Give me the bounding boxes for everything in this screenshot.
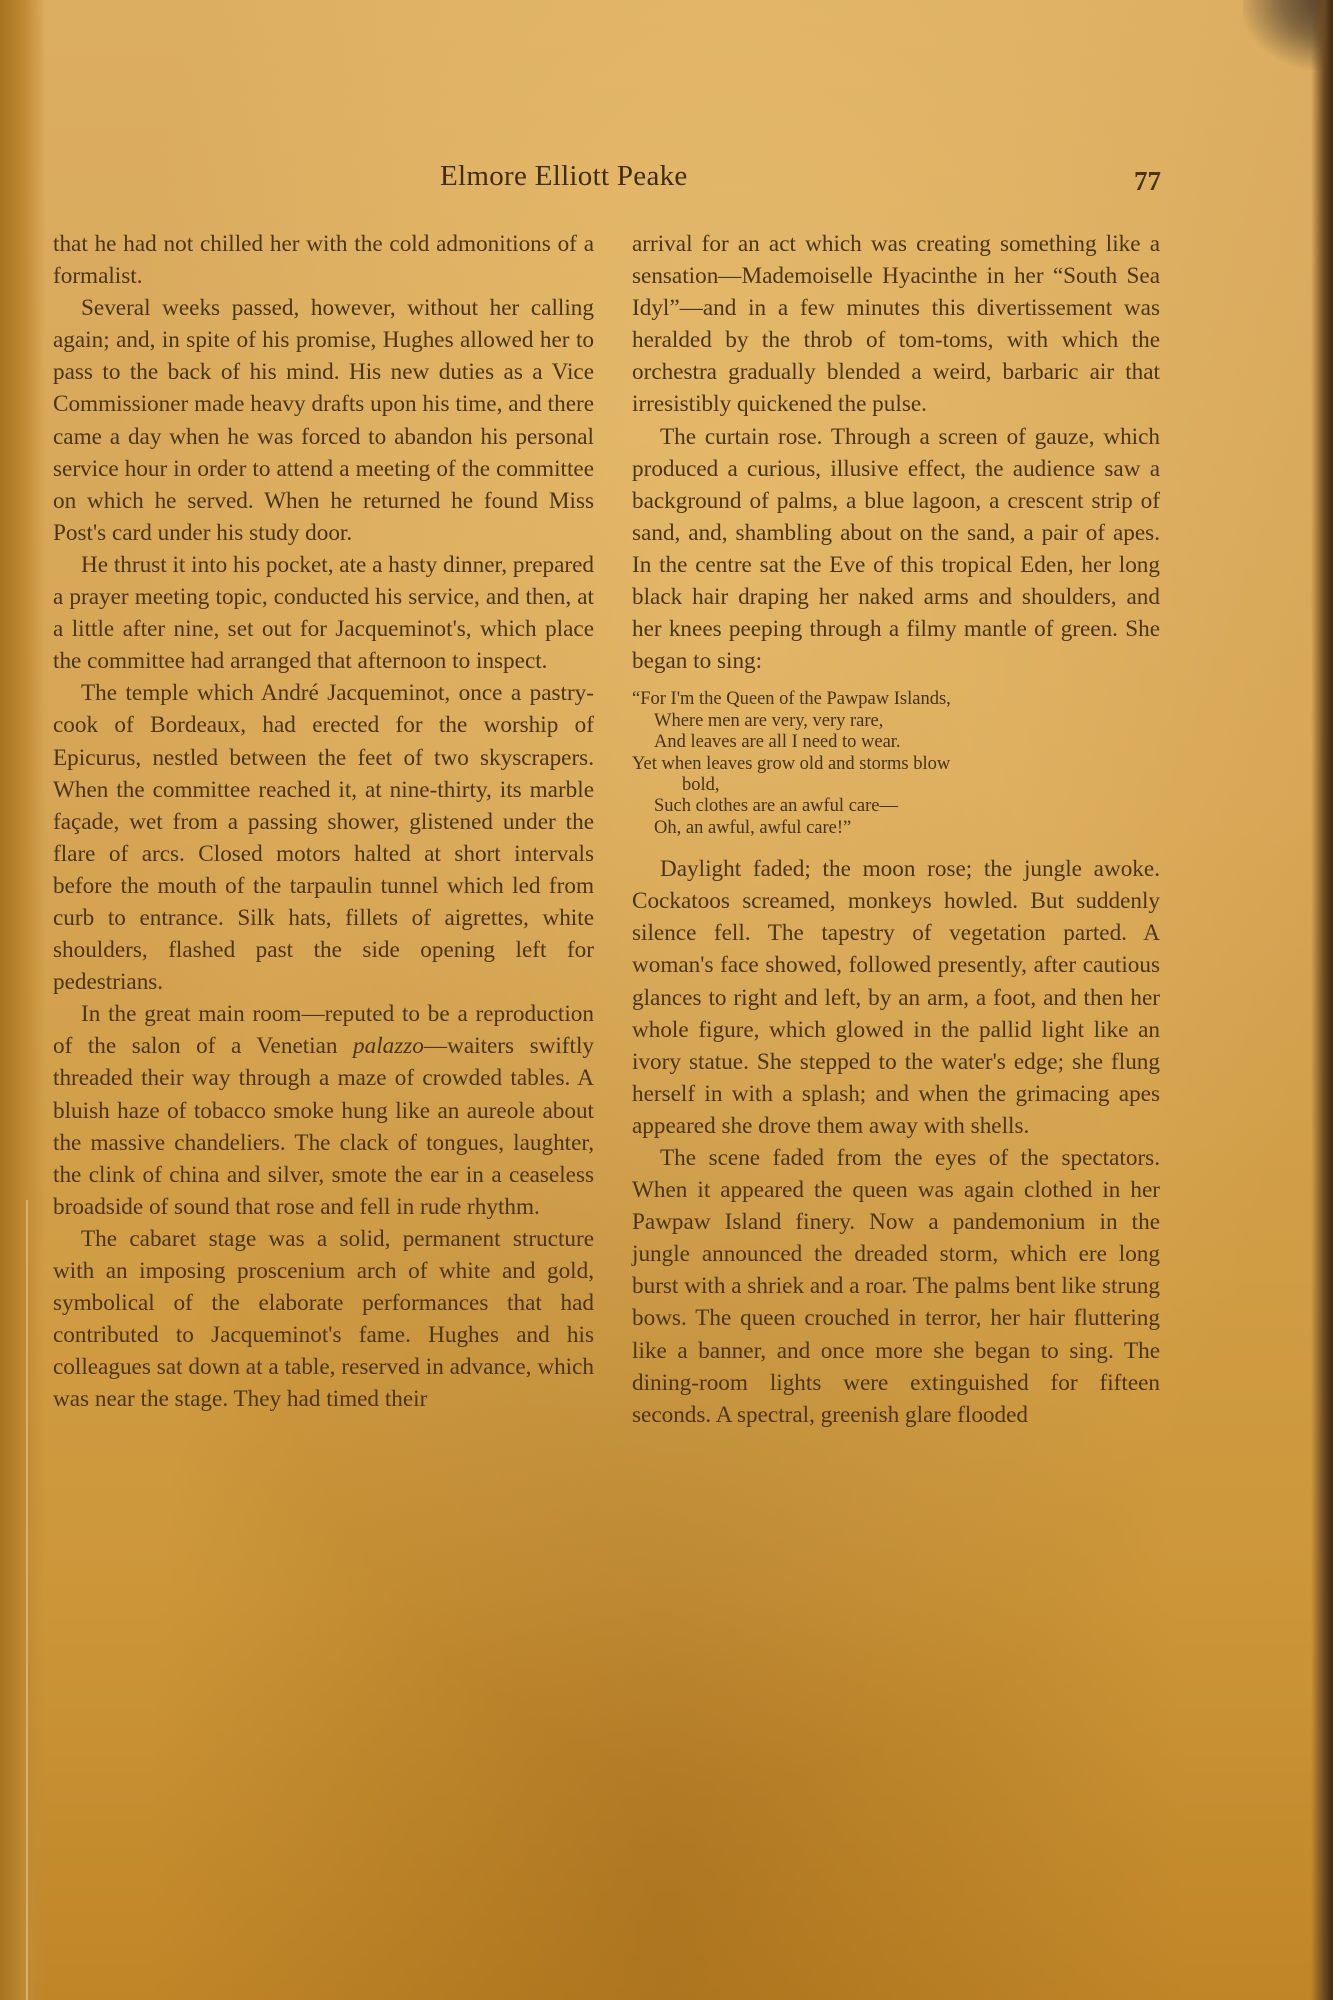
- page-corner-shadow: [1243, 0, 1333, 70]
- right-column: arrival for an act which was creating so…: [632, 228, 1160, 1431]
- book-page: Elmore Elliott Peake 77 that he had not …: [0, 0, 1333, 2000]
- paragraph: Daylight faded; the moon rose; the jungl…: [632, 853, 1160, 1142]
- verse-line: Yet when leaves grow old and storms blow: [632, 754, 1160, 775]
- paragraph-text: —waiters swiftly threaded their way thro…: [53, 1033, 594, 1219]
- paragraph: Several weeks passed, however, without h…: [53, 292, 594, 549]
- verse-line: Oh, an awful, awful care!”: [632, 818, 1160, 839]
- paragraph: He thrust it into his pocket, ate a hast…: [53, 549, 594, 677]
- page-number: 77: [1134, 166, 1161, 197]
- paragraph: arrival for an act which was creating so…: [632, 228, 1160, 421]
- left-column: that he had not chilled her with the col…: [53, 228, 594, 1415]
- verse-line: bold,: [632, 775, 1160, 796]
- paragraph: In the great main room—reputed to be a r…: [53, 998, 594, 1223]
- verse-line: Such clothes are an awful care—: [632, 796, 1160, 817]
- spine-edge: [26, 1200, 28, 2000]
- running-head: Elmore Elliott Peake: [440, 160, 840, 193]
- italic-word: palazzo: [353, 1033, 424, 1059]
- paragraph: that he had not chilled her with the col…: [53, 228, 594, 292]
- verse-line: Where men are very, very rare,: [632, 711, 1160, 732]
- verse-line: And leaves are all I need to wear.: [632, 732, 1160, 753]
- paragraph: The scene faded from the eyes of the spe…: [632, 1142, 1160, 1431]
- paragraph: The curtain rose. Through a screen of ga…: [632, 421, 1160, 678]
- song-verse: “For I'm the Queen of the Pawpaw Islands…: [632, 689, 1160, 839]
- paragraph: The temple which André Jacqueminot, once…: [53, 677, 594, 998]
- paragraph: The cabaret stage was a solid, permanent…: [53, 1223, 594, 1416]
- verse-line: “For I'm the Queen of the Pawpaw Islands…: [632, 689, 1160, 710]
